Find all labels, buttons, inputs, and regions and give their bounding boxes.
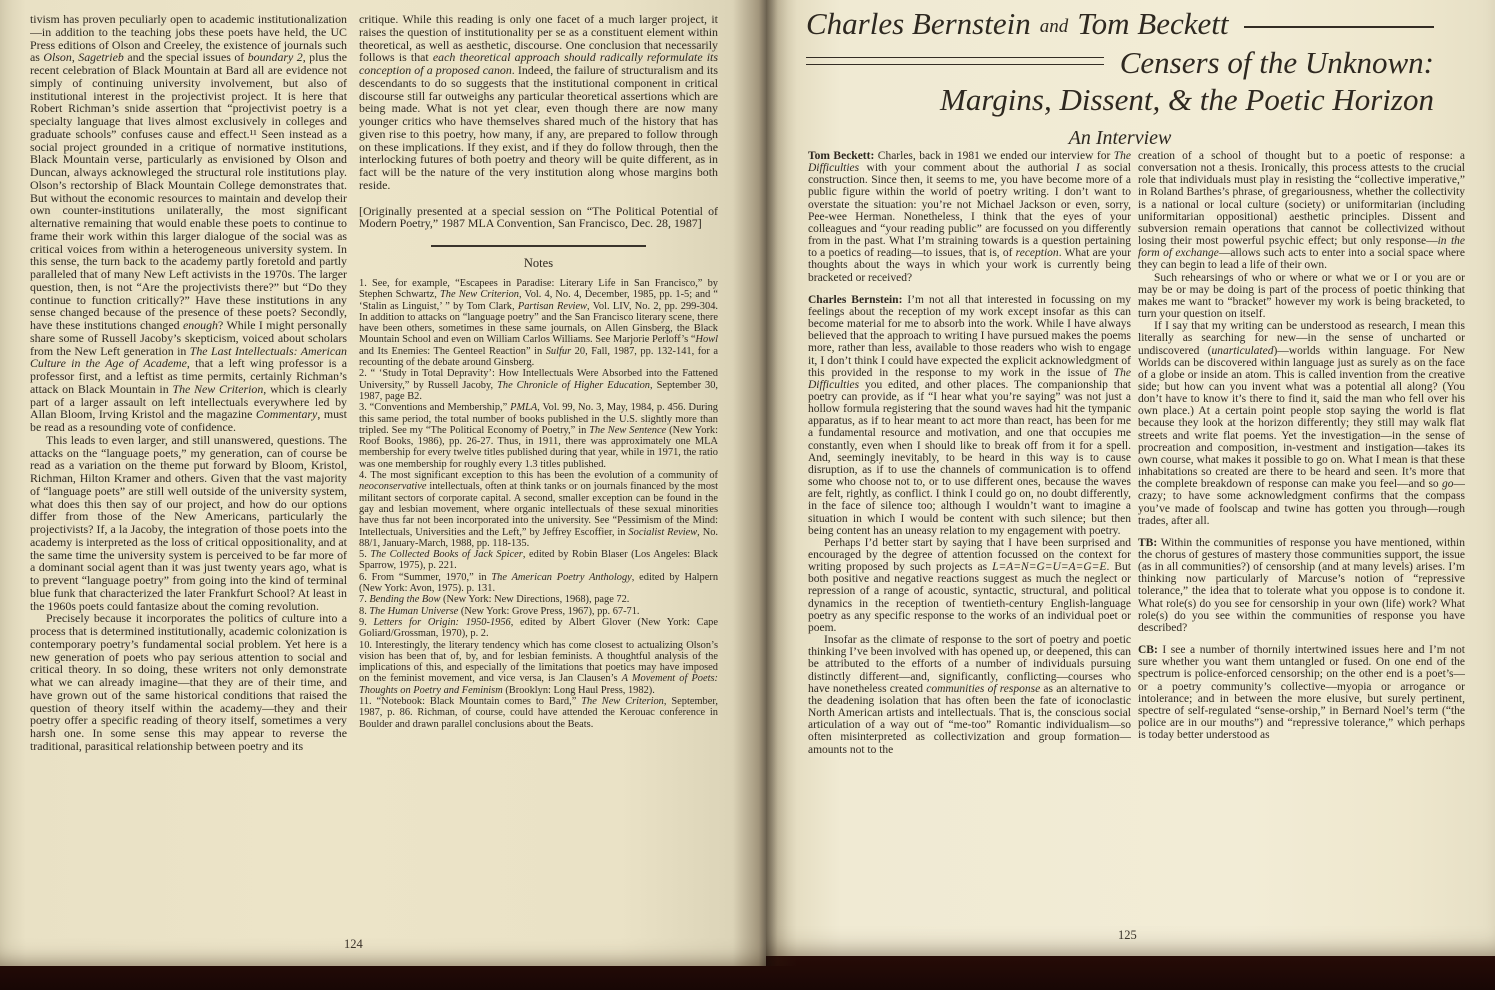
body-paragraph: critique. While this reading is only one… [359, 13, 718, 192]
page-number-right: 125 [1118, 928, 1137, 943]
header-rule-right [1244, 26, 1434, 28]
presentation-note: [Originally presented at a special sessi… [359, 205, 718, 231]
paragraph-text: Insofar as the climate of response to th… [808, 634, 1131, 755]
interview-paragraph: Insofar as the climate of response to th… [808, 634, 1131, 756]
interview-paragraph: TB: Within the communities of response y… [1138, 537, 1465, 634]
notes-divider-rule [431, 245, 646, 247]
speaker-label: Tom Beckett: [808, 150, 874, 162]
notes-heading: Notes [359, 256, 718, 271]
speaker-label: CB: [1138, 644, 1158, 656]
article-header: Charles Bernstein and Tom Beckett Censer… [806, 6, 1434, 150]
interview-paragraph: If I say that my writing can be understo… [1138, 320, 1465, 527]
paragraph-text: Within the communities of response you h… [1138, 537, 1465, 634]
article-title-line-2: Margins, Dissent, & the Poetic Horizon [806, 82, 1434, 118]
left-page-column-2: critique. While this reading is only one… [359, 13, 718, 955]
footnote: 5. The Collected Books of Jack Spicer, e… [359, 549, 718, 572]
author-name-2: Tom Beckett [1077, 6, 1228, 42]
footnote: 2. “ ‘Study in Total Depravity’: How Int… [359, 368, 718, 402]
body-paragraph: This leads to even larger, and still una… [30, 434, 347, 613]
page-number-left: 124 [344, 937, 363, 952]
footnote: 6. From “Summer, 1970,” in The American … [359, 572, 718, 595]
paragraph-text: creation of a school of thought but to a… [1138, 150, 1465, 271]
book-spread: tivism has proven peculiarly open to aca… [0, 0, 1495, 990]
footnote: 9. Letters for Origin: 1950-1956, edited… [359, 617, 718, 640]
body-paragraph: tivism has proven peculiarly open to aca… [30, 13, 347, 434]
interview-paragraph: Perhaps I’d better start by saying that … [808, 537, 1131, 634]
author-name-1: Charles Bernstein [806, 6, 1031, 42]
left-page-column-1: tivism has proven peculiarly open to aca… [30, 13, 347, 955]
page-right: Charles Bernstein and Tom Beckett Censer… [766, 0, 1495, 956]
footnotes-list: 1. See, for example, “Escapees in Paradi… [359, 278, 718, 730]
article-title-line-1: Censers of the Unknown: [1120, 45, 1434, 81]
paragraph-text: Perhaps I’d better start by saying that … [808, 537, 1131, 634]
interview-paragraph: Charles Bernstein: I’m not all that inte… [808, 294, 1131, 537]
footnote: 7. Bending the Bow (New York: New Direct… [359, 594, 718, 605]
paragraph-text: Charles, back in 1981 we ended our inter… [808, 150, 1131, 284]
paragraph-text: If I say that my writing can be understo… [1138, 320, 1465, 527]
speaker-label: Charles Bernstein: [808, 294, 902, 306]
paragraph-text: Such rehearsings of who or where or what… [1138, 272, 1465, 320]
header-rule-left [806, 57, 1104, 65]
paragraph-text: I’m not all that interested in focussing… [808, 294, 1131, 537]
body-paragraph: Precisely because it incorporates the po… [30, 612, 347, 752]
conjunction: and [1040, 16, 1069, 38]
title-line-1-row: Censers of the Unknown: [806, 45, 1434, 81]
right-page-column-2: creation of a school of thought but to a… [1138, 150, 1465, 932]
column-2-body: critique. While this reading is only one… [359, 13, 718, 192]
right-page-column-1: Tom Beckett: Charles, back in 1981 we en… [808, 150, 1131, 932]
footnote: 8. The Human Universe (New York: Grove P… [359, 606, 718, 617]
article-subtitle: An Interview [806, 127, 1434, 150]
interview-paragraph: Tom Beckett: Charles, back in 1981 we en… [808, 150, 1131, 284]
interview-paragraph: Such rehearsings of who or where or what… [1138, 272, 1465, 321]
interview-paragraph: CB: I see a number of thornily intertwin… [1138, 644, 1465, 741]
footnote: 10. Interestingly, the literary tendency… [359, 640, 718, 696]
paragraph-text: I see a number of thornily intertwined i… [1138, 644, 1465, 741]
footnote: 1. See, for example, “Escapees in Paradi… [359, 278, 718, 368]
authors-line: Charles Bernstein and Tom Beckett [806, 6, 1434, 42]
footnote: 4. The most significant exception to thi… [359, 470, 718, 549]
footnote: 3. “Conventions and Membership,” PMLA, V… [359, 402, 718, 470]
footnote: 11. “Notebook: Black Mountain comes to B… [359, 696, 718, 730]
speaker-label: TB: [1138, 537, 1157, 549]
interview-paragraph: creation of a school of thought but to a… [1138, 150, 1465, 272]
page-left: tivism has proven peculiarly open to aca… [0, 0, 766, 966]
